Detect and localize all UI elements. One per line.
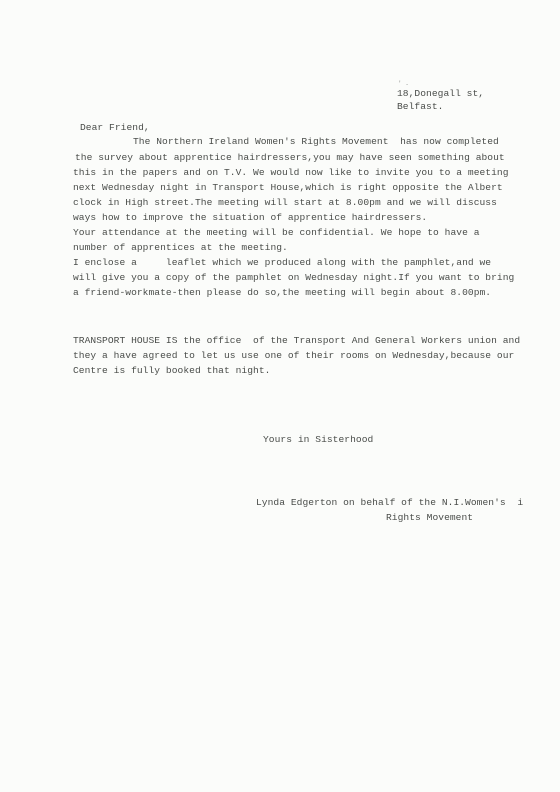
signature-line-1: Lynda Edgerton on behalf of the N.I.Wome… (256, 497, 523, 509)
body-line: The Northern Ireland Women's Rights Move… (133, 136, 499, 148)
address-line-1: 18,Donegall st, (397, 88, 484, 100)
body-line: a friend-workmate-then please do so,the … (73, 287, 491, 299)
signature-line-2: Rights Movement (386, 512, 473, 524)
letter-page: ' . 18,Donegall st, Belfast. Dear Friend… (0, 0, 560, 792)
salutation: Dear Friend, (80, 122, 150, 134)
body-line: number of apprentices at the meeting. (73, 242, 288, 254)
paragraph-2-line: Centre is fully booked that night. (73, 365, 270, 377)
address-line-2: Belfast. (397, 101, 443, 113)
body-line: I enclose a leaflet which we produced al… (73, 257, 491, 269)
body-line: ways how to improve the situation of app… (73, 212, 427, 224)
body-line: the survey about apprentice hairdressers… (75, 152, 505, 164)
body-line: will give you a copy of the pamphlet on … (73, 272, 514, 284)
ink-mark: ' . (398, 80, 409, 87)
closing: Yours in Sisterhood (263, 434, 373, 446)
body-line: next Wednesday night in Transport House,… (73, 182, 503, 194)
body-line: this in the papers and on T.V. We would … (73, 167, 509, 179)
paragraph-2-line: TRANSPORT HOUSE IS the office of the Tra… (73, 335, 520, 347)
paragraph-2-line: they a have agreed to let us use one of … (73, 350, 514, 362)
body-line: Your attendance at the meeting will be c… (73, 227, 480, 239)
body-line: clock in High street.The meeting will st… (73, 197, 497, 209)
